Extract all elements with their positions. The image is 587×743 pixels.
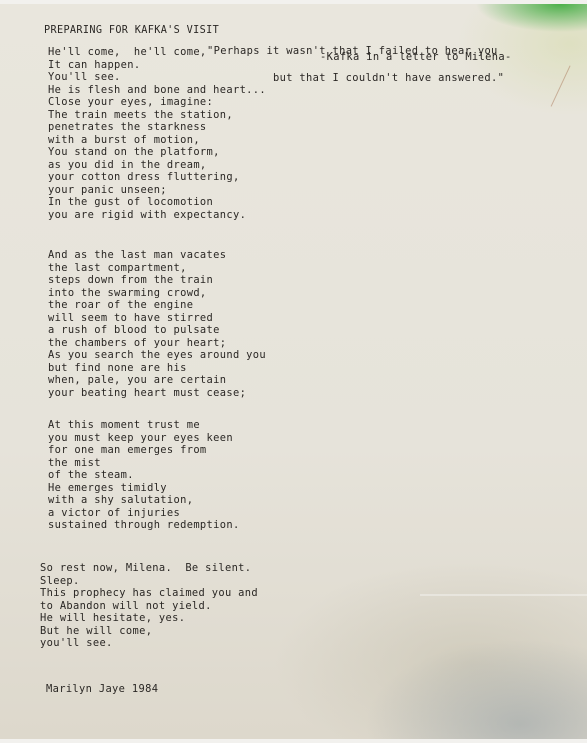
poem-line: the mist	[48, 457, 240, 470]
poem-line: when, pale, you are certain	[48, 374, 266, 387]
pen-mark	[551, 65, 573, 107]
poem-line: a victor of injuries	[48, 507, 240, 520]
poem-line: but find none are his	[48, 362, 266, 375]
poem-line: with a burst of motion,	[48, 134, 266, 147]
poem-line: Sleep.	[40, 575, 258, 588]
poem-line: And as the last man vacates	[48, 249, 266, 262]
poem-line: a rush of blood to pulsate	[48, 324, 266, 337]
poem-line: your cotton dress fluttering,	[48, 171, 266, 184]
poem-line: the last compartment,	[48, 262, 266, 275]
stanza: He'll come, he'll come,It can happen.You…	[48, 46, 266, 221]
typewritten-page: PREPARING FOR KAFKA'S VISIT "Perhaps it …	[0, 4, 587, 739]
poem-line: penetrates the starkness	[48, 121, 266, 134]
poem-line: He is flesh and bone and heart...	[48, 84, 266, 97]
paper-crease	[420, 594, 587, 596]
poem-line: The train meets the station,	[48, 109, 266, 122]
poem-line: you'll see.	[40, 637, 258, 650]
poem-line: As you search the eyes around you	[48, 349, 266, 362]
epigraph-attribution: -Kafka in a letter to Milena-	[320, 51, 512, 63]
poem-line: you are rigid with expectancy.	[48, 209, 266, 222]
poem-line: So rest now, Milena. Be silent.	[40, 562, 258, 575]
poem-line: as you did in the dream,	[48, 159, 266, 172]
poem-line: your beating heart must cease;	[48, 387, 266, 400]
poem-line: Close your eyes, imagine:	[48, 96, 266, 109]
poem-line: He'll come, he'll come,	[48, 46, 266, 59]
poem-line: your panic unseen;	[48, 184, 266, 197]
stanza: So rest now, Milena. Be silent.Sleep.Thi…	[40, 562, 258, 650]
poem-line: for one man emerges from	[48, 444, 240, 457]
poem-line: the chambers of your heart;	[48, 337, 266, 350]
poem-line: into the swarming crowd,	[48, 287, 266, 300]
poem-title: PREPARING FOR KAFKA'S VISIT	[44, 25, 219, 36]
poem-line: He will hesitate, yes.	[40, 612, 258, 625]
poem-line: you must keep your eyes keen	[48, 432, 240, 445]
poem-line: with a shy salutation,	[48, 494, 240, 507]
poem-line: But he will come,	[40, 625, 258, 638]
poem-line: It can happen.	[48, 59, 266, 72]
stanza: At this moment trust meyou must keep you…	[48, 419, 240, 532]
poem-line: He emerges timidly	[48, 482, 240, 495]
poem-line: You'll see.	[48, 71, 266, 84]
author-signature: Marilyn Jaye 1984	[46, 683, 158, 695]
poem-line: At this moment trust me	[48, 419, 240, 432]
poem-line: In the gust of locomotion	[48, 196, 266, 209]
poem-line: the roar of the engine	[48, 299, 266, 312]
poem-line: sustained through redemption.	[48, 519, 240, 532]
poem-line: of the steam.	[48, 469, 240, 482]
poem-line: You stand on the platform,	[48, 146, 266, 159]
stanza: And as the last man vacatesthe last comp…	[48, 249, 266, 399]
poem-line: will seem to have stirred	[48, 312, 266, 325]
poem-line: steps down from the train	[48, 274, 266, 287]
poem-line: to Abandon will not yield.	[40, 600, 258, 613]
poem-line: This prophecy has claimed you and	[40, 587, 258, 600]
